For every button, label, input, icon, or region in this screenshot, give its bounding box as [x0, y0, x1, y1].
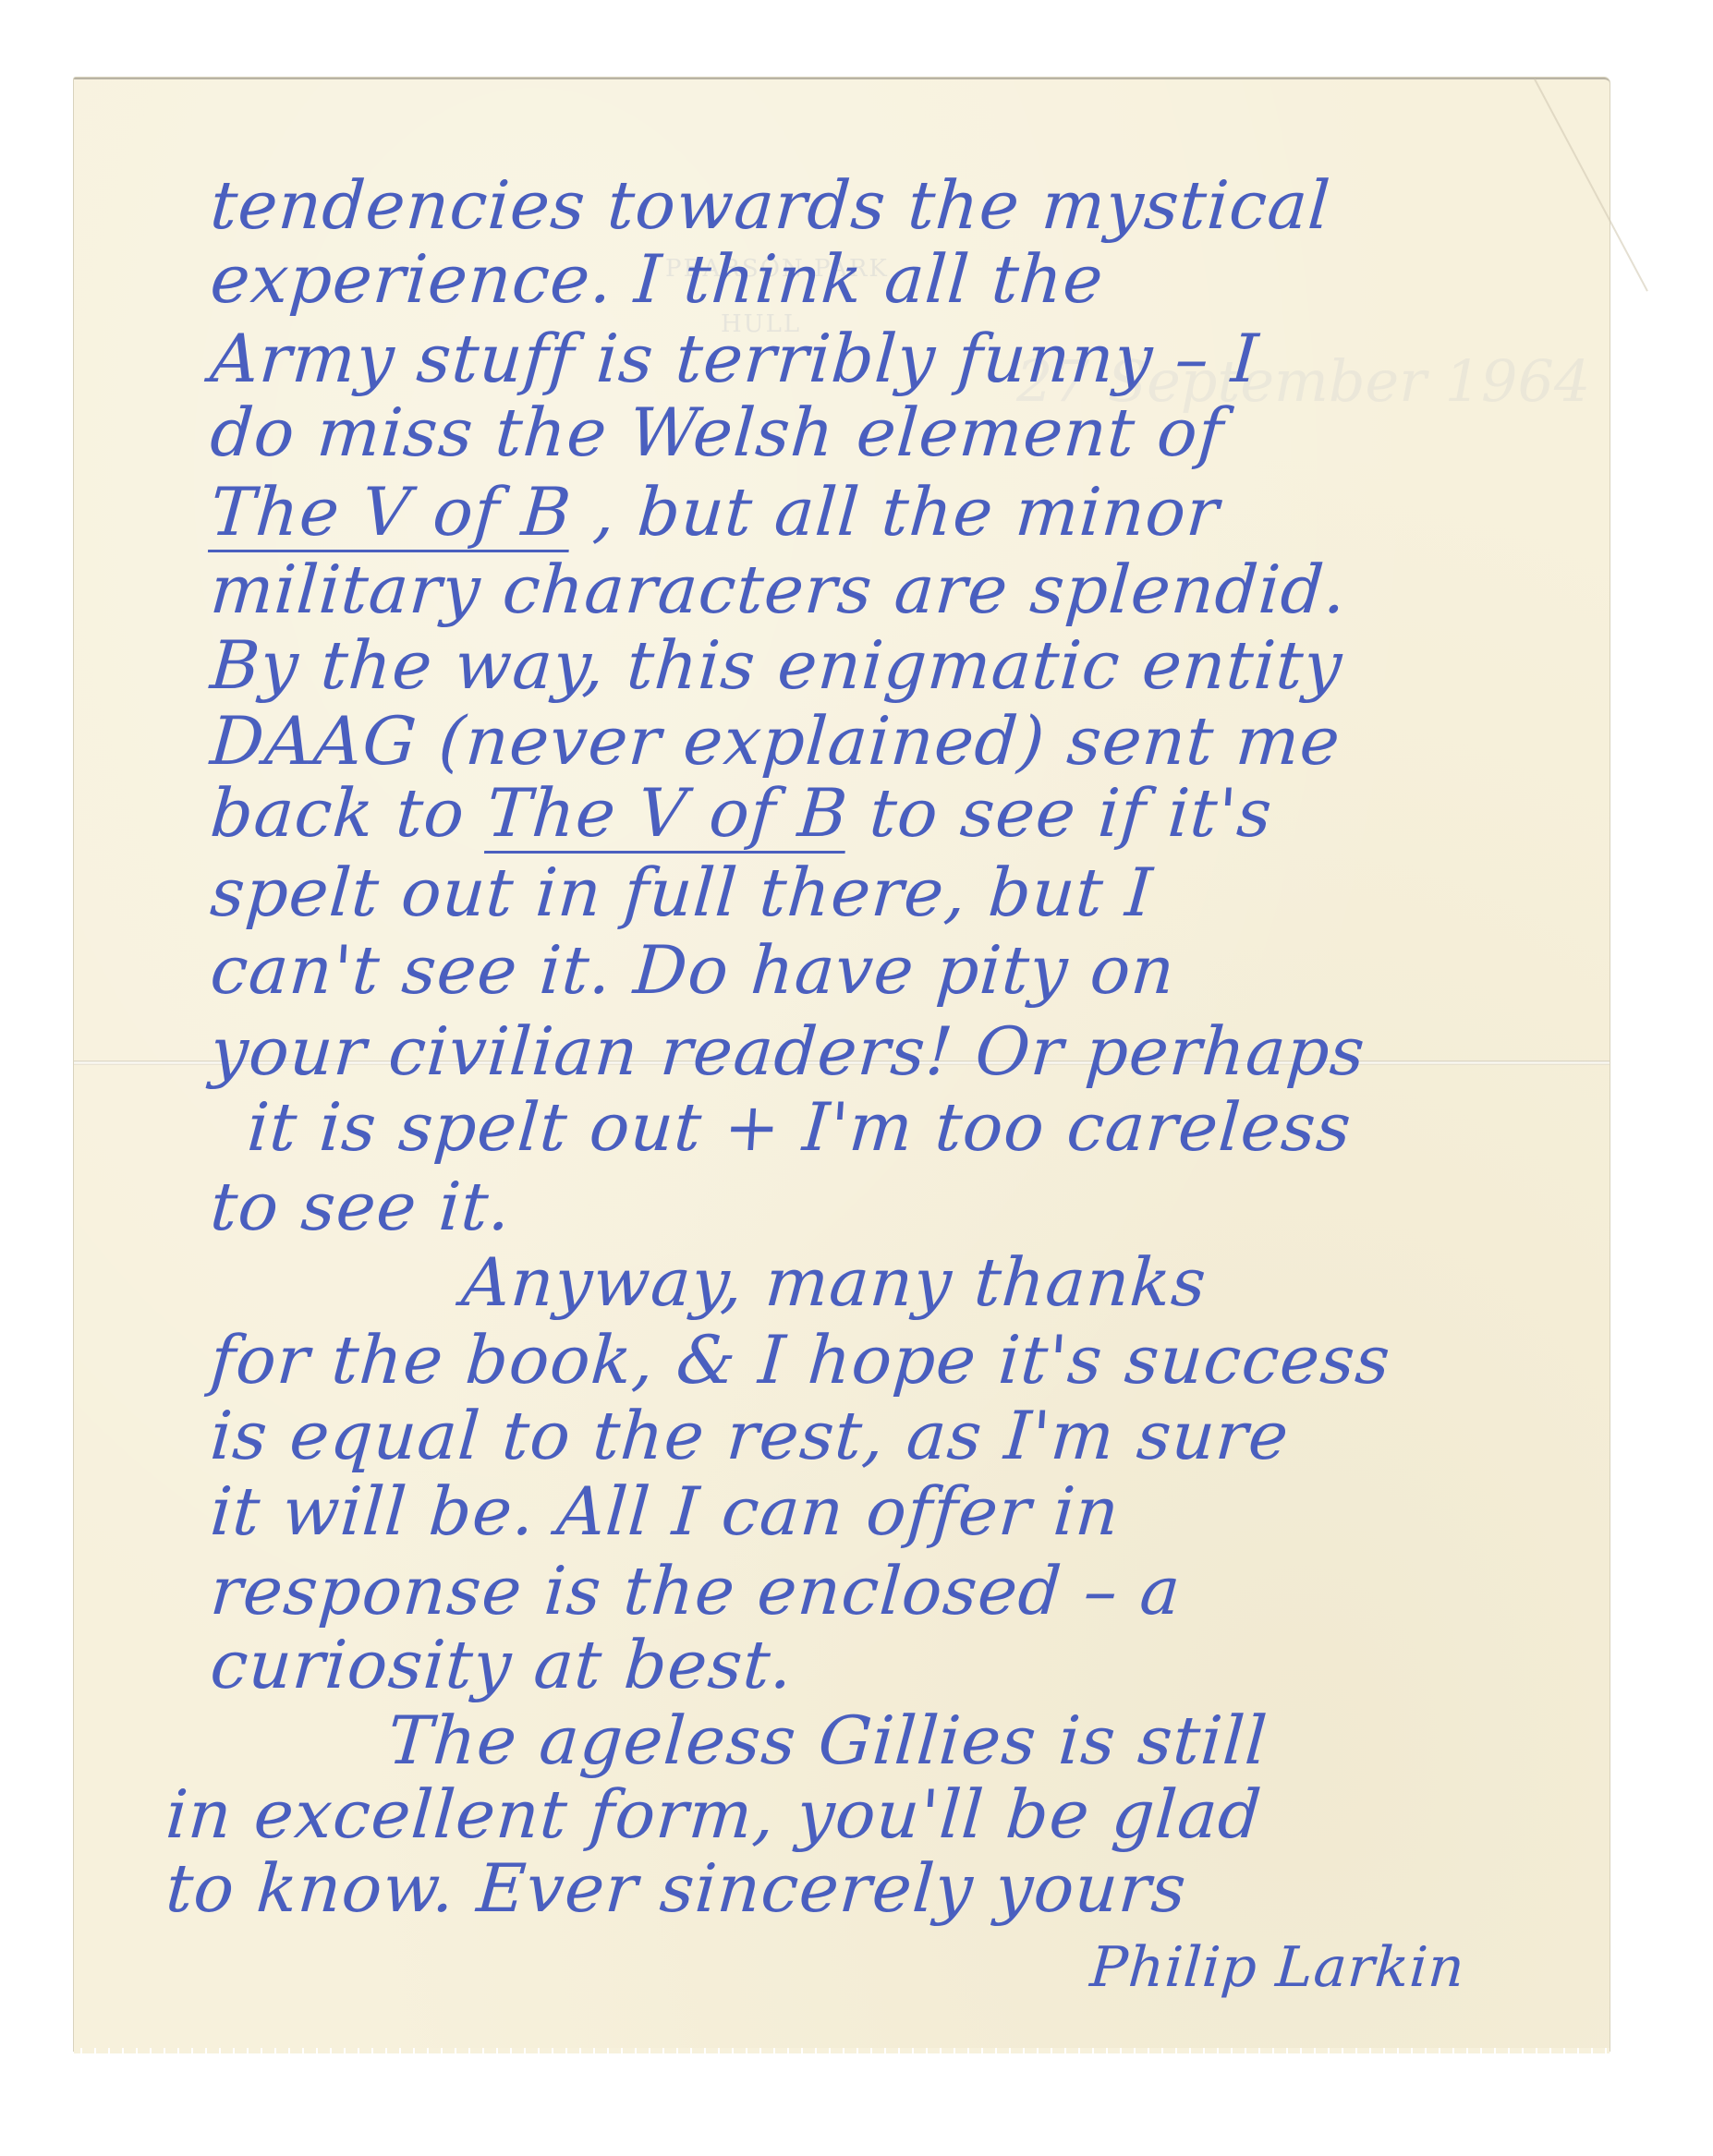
- letter-line: Anyway, many thanks: [459, 1245, 1209, 1319]
- letter-line: tendencies towards the mystical: [208, 168, 1333, 242]
- letter-line: for the book, & I hope it's success: [208, 1323, 1393, 1397]
- letter-line: back to The V of B to see if it's: [208, 776, 1275, 850]
- torn-bottom-edge: [74, 2048, 1610, 2053]
- letter-line: to see it.: [208, 1169, 514, 1243]
- letter-line: in excellent form, you'll be glad: [164, 1777, 1264, 1851]
- letter-line: do miss the Welsh element of: [208, 395, 1226, 469]
- signature: Philip Larkin: [1087, 1931, 1467, 2005]
- letter-line: it will be. All I can offer in: [208, 1474, 1122, 1548]
- letter-line: The ageless Gillies is still: [385, 1703, 1270, 1777]
- letter-line: curiosity at best.: [208, 1628, 796, 1702]
- paper-corner-crease: [1534, 79, 1648, 292]
- letter-line: Army stuff is terribly funny – I: [208, 321, 1261, 395]
- letter-line: it is spelt out + I'm too careless: [245, 1090, 1354, 1164]
- letter-line: response is the enclosed – a: [208, 1554, 1184, 1628]
- book-title-underlined: The V of B: [484, 774, 850, 852]
- letter-line: your civilian readers! Or perhaps: [208, 1014, 1367, 1088]
- book-title-underlined: The V of B: [208, 473, 574, 551]
- letter-line: is equal to the rest, as I'm sure: [208, 1399, 1292, 1472]
- letter-line: can't see it. Do have pity on: [208, 933, 1177, 1007]
- letter-sheet: PEARSON PARK HULL 27 September 1964 tend…: [74, 78, 1610, 2051]
- letter-line: The V of B , but all the minor: [208, 475, 1221, 549]
- letter-line: experience. I think all the: [208, 242, 1106, 316]
- letter-line: spelt out in full there, but I: [208, 855, 1155, 929]
- letter-line: By the way, this enigmatic entity: [208, 628, 1345, 702]
- letter-line: DAAG (never explained) sent me: [208, 704, 1342, 778]
- letter-line-closing: to know. Ever sincerely yours: [164, 1851, 1189, 1925]
- letter-line: military characters are splendid.: [208, 552, 1349, 626]
